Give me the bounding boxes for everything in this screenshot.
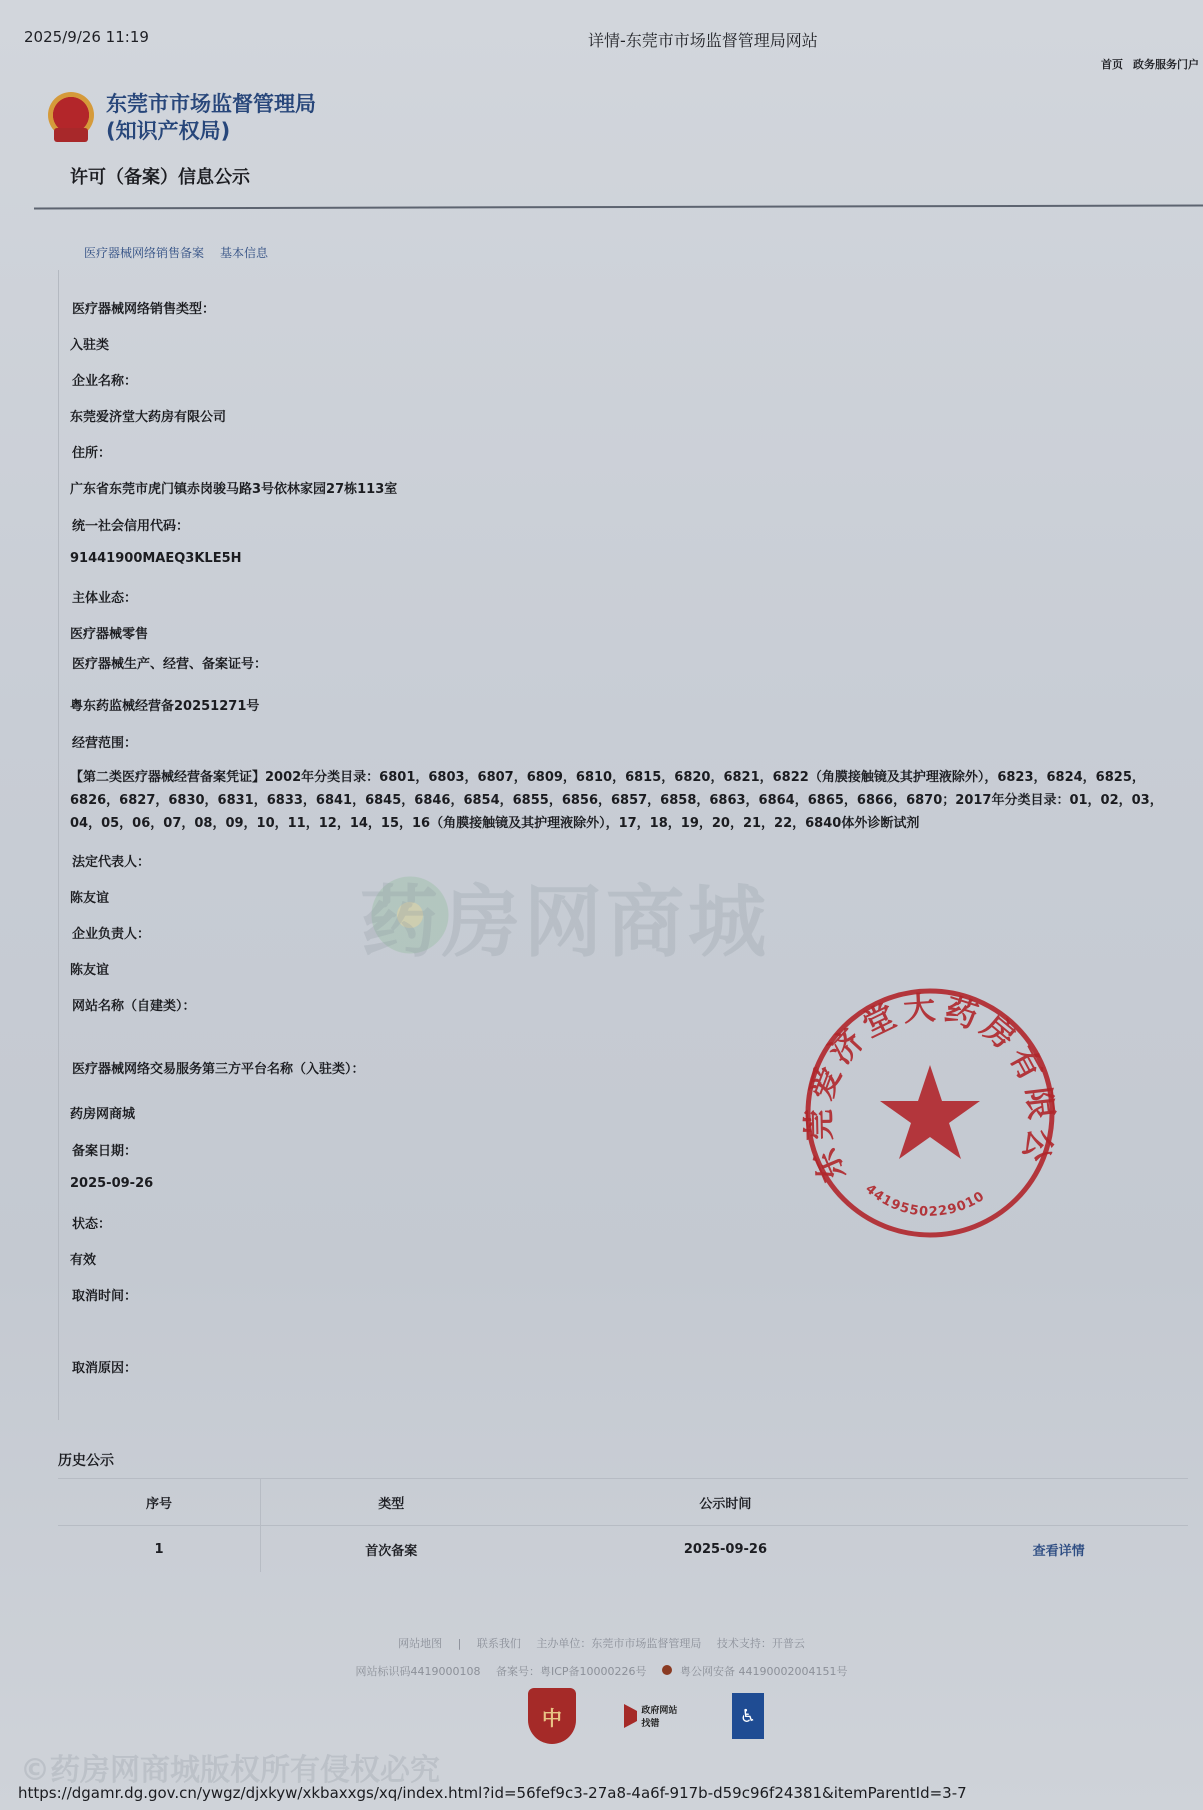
table-row: 1 首次备案 2025-09-26 查看详情 (58, 1526, 1188, 1573)
field-label-address: 住所： (72, 442, 111, 461)
nav-home[interactable]: 首页 (1101, 56, 1123, 72)
col-date: 公示时间 (522, 1479, 930, 1526)
field-label-legal-rep: 法定代表人： (72, 851, 150, 870)
col-type: 类型 (261, 1479, 522, 1526)
field-value-platform-name: 药房网商城 (70, 1103, 135, 1122)
field-label-business-form: 主体业态： (72, 587, 137, 606)
print-datetime: 2025/9/26 11:19 (24, 28, 149, 46)
field-value-company-name: 东莞爱济堂大药房有限公司 (70, 406, 226, 425)
field-value-address: 广东省东莞市虎门镇赤岗骏马路3号依林家园27栋113室 (70, 478, 397, 497)
field-label-credit-code: 统一社会信用代码： (72, 515, 189, 534)
footer-police-record-link[interactable]: 粤公网安备 44190002004151号 (680, 1665, 847, 1678)
brand-name: 东莞市市场监督管理局 (知识产权局) (106, 91, 316, 145)
accessibility-icon[interactable]: ♿ (732, 1693, 764, 1739)
field-value-sales-type: 入驻类 (70, 334, 109, 353)
field-label-company-name: 企业名称： (72, 370, 137, 389)
field-value-credit-code: 91441900MAEQ3KLE5H (70, 551, 242, 566)
col-index: 序号 (58, 1479, 261, 1526)
field-value-status: 有效 (70, 1249, 96, 1268)
copyright-watermark: ©药房网商城版权所有侵权必究 (20, 1745, 440, 1789)
field-label-scope: 经营范围： (72, 732, 137, 751)
footer-sitemap-link[interactable]: 网站地图 (398, 1637, 442, 1650)
field-label-filing-date: 备案日期： (72, 1140, 137, 1159)
field-value-person-in-charge: 陈友谊 (70, 959, 109, 978)
site-brand[interactable]: 东莞市市场监督管理局 (知识产权局) (46, 90, 316, 146)
cell-index: 1 (58, 1526, 261, 1573)
nav-service-portal[interactable]: 政务服务门户 (1133, 56, 1199, 72)
history-table: 序号 类型 公示时间 1 首次备案 2025-09-26 查看详情 (58, 1478, 1188, 1572)
field-value-filing-date: 2025-09-26 (70, 1176, 153, 1191)
field-label-cancel-time: 取消时间： (72, 1285, 137, 1304)
field-label-status: 状态： (72, 1213, 111, 1232)
breadcrumb-category[interactable]: 医疗器械网络销售备案 (84, 244, 204, 261)
field-label-cancel-reason: 取消原因： (72, 1357, 137, 1376)
col-action (929, 1479, 1188, 1526)
company-seal-icon: 东莞爱济堂大药房有限公司 4419550229010 (795, 985, 1065, 1245)
gov-website-error-finder-icon[interactable]: 政府网站 找错 (624, 1701, 684, 1731)
view-details-link[interactable]: 查看详情 (929, 1526, 1188, 1573)
footer-separator: | (458, 1637, 462, 1650)
top-nav: 首页 政务服务门户 (1101, 56, 1199, 72)
footer-sponsor: 主办单位：东莞市市场监督管理局 (536, 1637, 701, 1650)
field-value-business-form: 医疗器械零售 (70, 623, 148, 642)
field-label-license-no: 医疗器械生产、经营、备案证号： (72, 653, 267, 672)
footer-police-badge-icon (662, 1665, 672, 1675)
section-title: 许可（备案）信息公示 (70, 163, 250, 189)
footer-contact-link[interactable]: 联系我们 (477, 1637, 521, 1650)
print-page-title: 详情-东莞市市场监督管理局网站 (588, 28, 818, 51)
detail-panel (58, 270, 1189, 1420)
breadcrumb-current: 基本信息 (220, 244, 268, 261)
site-footer: 网站地图 | 联系我们 主办单位：东莞市市场监督管理局 技术支持：开普云 网站标… (0, 1630, 1203, 1686)
svg-text:4419550229010: 4419550229010 (862, 1182, 987, 1220)
footer-site-id: 网站标识码4419000108 (355, 1665, 480, 1678)
printed-page: 2025/9/26 11:19 详情-东莞市市场监督管理局网站 首页 政务服务门… (0, 0, 1203, 1810)
party-government-icon[interactable]: 中 (528, 1688, 576, 1744)
field-value-license-no: 粤东药监械经营备20251271号 (70, 695, 259, 714)
watermark-text: 药房网商城 (360, 860, 770, 972)
header-divider (34, 204, 1203, 209)
footer-tech-support: 技术支持：开普云 (717, 1637, 805, 1650)
field-label-website-name: 网站名称（自建类）： (72, 995, 196, 1014)
seal-code: 4419550229010 (862, 1182, 987, 1220)
footer-badges: 中 政府网站 找错 ♿ (528, 1688, 764, 1744)
footer-icp-link[interactable]: 备案号：粤ICP备10000226号 (496, 1665, 647, 1678)
cell-date: 2025-09-26 (522, 1526, 930, 1573)
history-title: 历史公示 (58, 1450, 114, 1470)
field-label-platform-name: 医疗器械网络交易服务第三方平台名称（入驻类）： (72, 1058, 365, 1077)
cell-type: 首次备案 (261, 1526, 522, 1573)
field-label-sales-type: 医疗器械网络销售类型： (72, 298, 215, 317)
national-emblem-icon (46, 90, 96, 146)
print-url: https://dgamr.dg.gov.cn/ywgz/djxkyw/xkba… (18, 1784, 967, 1802)
field-label-person-in-charge: 企业负责人： (72, 923, 150, 942)
history-header-row: 序号 类型 公示时间 (58, 1479, 1188, 1526)
field-value-legal-rep: 陈友谊 (70, 887, 109, 906)
breadcrumb: 医疗器械网络销售备案 基本信息 (84, 244, 268, 261)
field-value-scope: 【第二类医疗器械经营备案凭证】2002年分类目录：6801，6803，6807，… (70, 766, 1180, 835)
